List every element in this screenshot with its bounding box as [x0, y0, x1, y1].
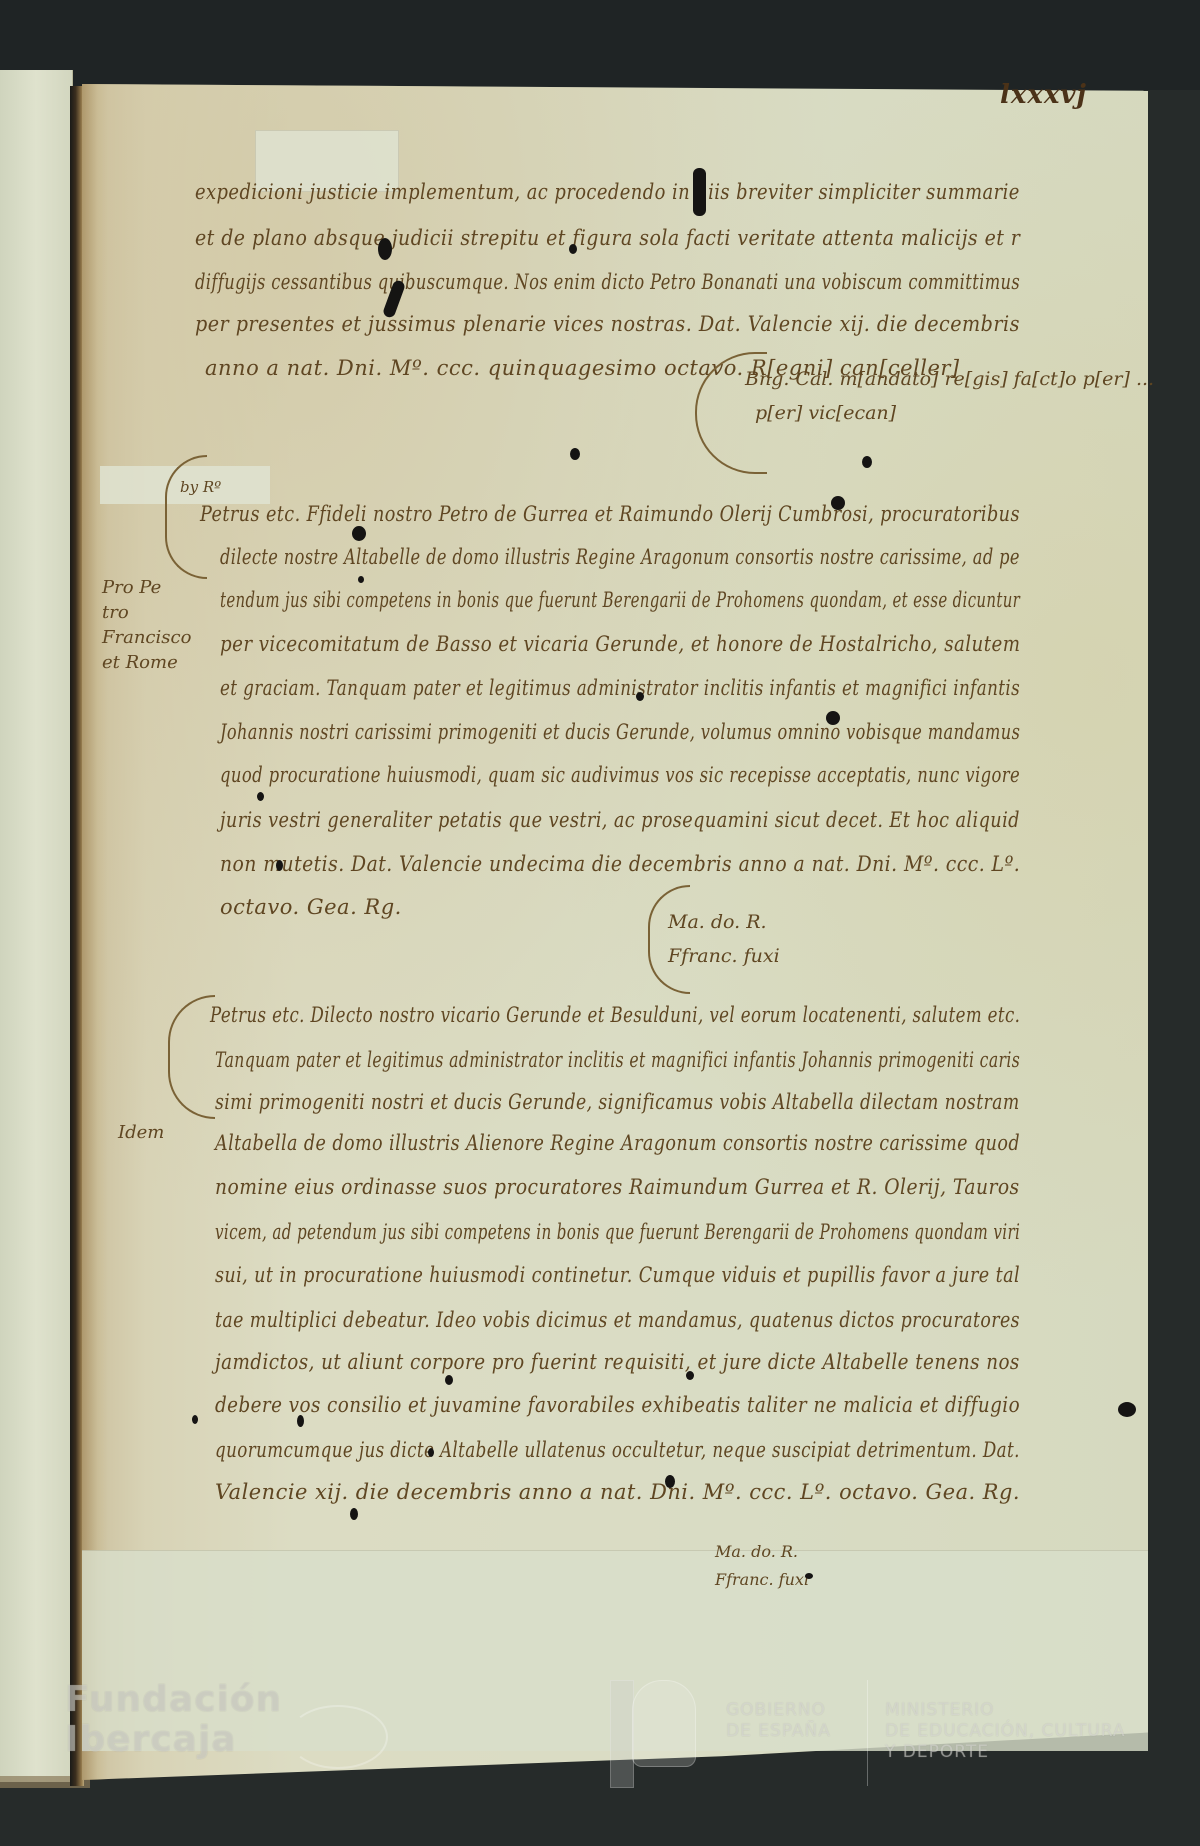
wormhole: [665, 1475, 675, 1488]
watermark-line: Fundación: [65, 1680, 282, 1720]
text-line: Valencie xij. die decembris anno a nat. …: [215, 1480, 1020, 1504]
wormhole: [445, 1375, 453, 1385]
gobierno-watermark: GOBIERNO DE ESPAÑA: [726, 1700, 831, 1742]
text-line: et graciam. Tanquam pater et legitimus a…: [220, 676, 1020, 700]
text-line: et de plano absque judicii strepitu et f…: [195, 226, 1020, 250]
watermark-line: DE EDUCACIÓN, CULTURA: [885, 1721, 1126, 1742]
subscription-line: p[er] vic[ecan]: [745, 396, 1154, 430]
text-line: per vicecomitatum de Basso et vicaria Ge…: [220, 632, 1020, 656]
wormhole: [636, 692, 644, 701]
wormhole: [1118, 1402, 1136, 1417]
wormhole: [805, 1573, 813, 1579]
text-line: non mutetis. Dat. Valencie undecima die …: [220, 852, 1020, 876]
text-line: Johannis nostri carissimi primogeniti et…: [220, 720, 1020, 744]
text-line: Petrus etc. Ffideli nostro Petro de Gurr…: [200, 502, 1020, 526]
watermark-line: Y DEPORTE: [885, 1742, 1126, 1763]
ministerio-watermark: MINISTERIO DE EDUCACIÓN, CULTURA Y DEPOR…: [885, 1700, 1126, 1763]
text-line: juris vestri generaliter petatis que ves…: [220, 808, 1020, 832]
subscription-line: Ffranc. fuxi: [668, 939, 780, 973]
text-line: jamdictos, ut aliunt corpore pro fuerint…: [215, 1350, 1020, 1374]
text-line: vicem, ad petendum jus sibi competens in…: [215, 1220, 1020, 1244]
fundacion-ibercaja-watermark: Fundación Ibercaja: [65, 1680, 282, 1760]
spain-flag-bar-icon: [610, 1680, 634, 1788]
subscription-line: Ma. do. R.: [668, 905, 780, 939]
margin-note-line: Francisco: [102, 625, 191, 650]
wormhole: [350, 1508, 358, 1520]
subscription-line: Ffranc. fuxi: [715, 1566, 809, 1594]
wormhole: [570, 448, 580, 460]
text-line: Tanquam pater et legitimus administrator…: [215, 1048, 1020, 1072]
wormhole: [826, 711, 840, 725]
text-line: quod procuratione huiusmodi, quam sic au…: [220, 763, 1020, 787]
margin-note-block-2: Pro Pe tro Francisco et Rome: [102, 575, 191, 675]
watermark-divider: [867, 1680, 868, 1786]
wormhole: [192, 1415, 198, 1424]
text-line: debere vos consilio et juvamine favorabi…: [215, 1393, 1020, 1417]
subscription-2: Ma. do. R. Ffranc. fuxi: [668, 905, 780, 973]
wormhole: [352, 526, 366, 541]
watermark-line: GOBIERNO: [726, 1700, 831, 1721]
text-line: Altabella de domo illustris Alienore Reg…: [215, 1131, 1020, 1155]
scan-background: [0, 0, 1200, 90]
manuscript-page: [82, 84, 1148, 1780]
subscription-1: Bng. Cal. m[andato] re[gis] fa[ct]o p[er…: [745, 362, 1154, 430]
wormhole: [297, 1415, 304, 1427]
worn-page-edge: [82, 84, 108, 1780]
margin-note-line: Pro Pe: [102, 575, 191, 600]
margin-note-block-3: Idem: [118, 1120, 164, 1145]
ibercaja-logo-icon: [288, 1705, 388, 1769]
text-line: octavo. Gea. Rg.: [220, 895, 402, 919]
text-line: expedicioni justicie implementum, ac pro…: [195, 180, 1020, 204]
text-line: quorumcumque jus dicte Altabelle ullaten…: [215, 1438, 1020, 1462]
margin-note-line: tro: [102, 600, 191, 625]
wormhole: [428, 1448, 434, 1457]
margin-note-line: et Rome: [102, 650, 191, 675]
text-line: tae multiplici debeatur. Ideo vobis dici…: [215, 1308, 1020, 1332]
folio-number: lxxxvj: [1000, 80, 1087, 110]
facing-page-flap: [0, 70, 73, 1782]
text-line: simi primogeniti nostri et ducis Gerunde…: [215, 1090, 1020, 1114]
subscription-line: Ma. do. R.: [715, 1538, 809, 1566]
wormhole: [831, 496, 845, 510]
wormhole: [378, 238, 392, 260]
margin-note-line: Idem: [118, 1120, 164, 1145]
text-line: diffugijs cessantibus quibuscumque. Nos …: [195, 270, 1020, 294]
subscription-line: Bng. Cal. m[andato] re[gis] fa[ct]o p[er…: [745, 362, 1154, 396]
text-line: per presentes et jussimus plenarie vices…: [195, 312, 1020, 336]
watermark-line: MINISTERIO: [885, 1700, 1126, 1721]
watermark-line: Ibercaja: [65, 1720, 282, 1760]
text-line: nomine eius ordinasse suos procuratores …: [215, 1175, 1020, 1199]
spain-coat-of-arms-icon: [632, 1680, 696, 1767]
text-line: dilecte nostre Altabelle de domo illustr…: [220, 545, 1020, 569]
wormhole: [257, 792, 264, 801]
text-line: Petrus etc. Dilecto nostro vicario Gerun…: [210, 1003, 1020, 1027]
watermark-line: DE ESPAÑA: [726, 1721, 831, 1742]
text-line: tendum jus sibi competens in bonis que f…: [220, 588, 1020, 612]
ink-blot: [693, 168, 706, 216]
wormhole: [569, 244, 577, 254]
wormhole: [862, 456, 872, 468]
wormhole: [358, 576, 364, 583]
text-line: sui, ut in procuratione huiusmodi contin…: [215, 1263, 1020, 1287]
wormhole: [276, 860, 283, 871]
wormhole: [686, 1371, 694, 1380]
subscription-3: Ma. do. R. Ffranc. fuxi: [715, 1538, 809, 1594]
